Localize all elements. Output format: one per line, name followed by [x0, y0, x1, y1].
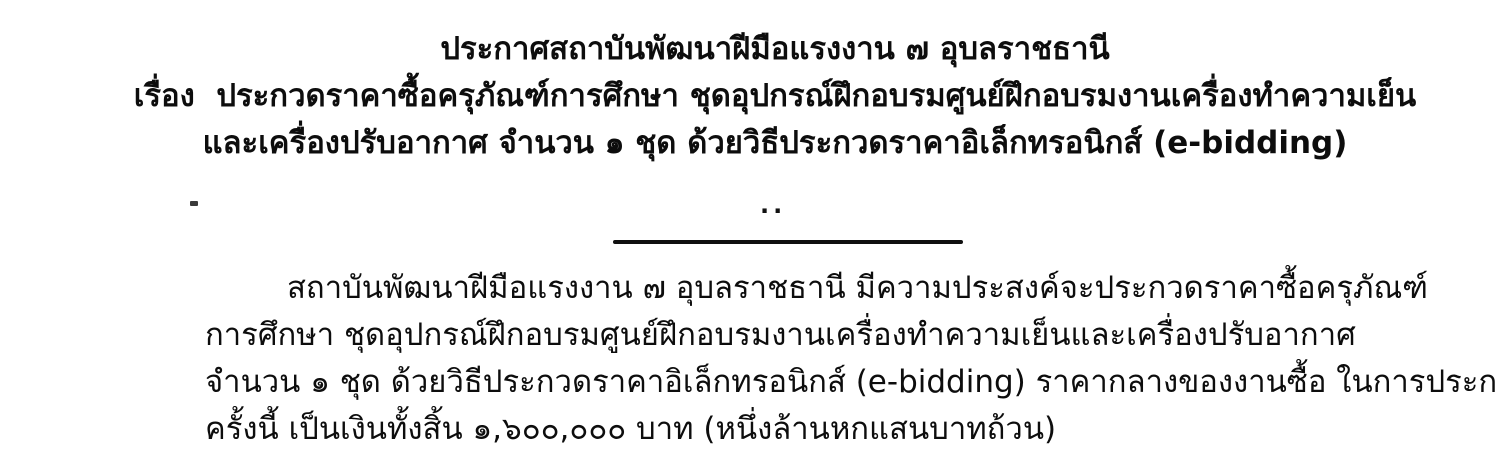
- announcement-document: ประกาศสถาบันพัฒนาฝีมือแรงงาน ๗ อุบลราชธา…: [0, 0, 1497, 452]
- body-line-3: จำนวน ๑ ชุด ด้วยวิธีประกวดราคาอิเล็กทรอน…: [205, 359, 1475, 406]
- document-header: ประกาศสถาบันพัฒนาฝีมือแรงงาน ๗ อุบลราชธา…: [55, 26, 1495, 167]
- separator-dots: ..: [760, 193, 820, 217]
- scan-artifact-dot: [190, 201, 198, 206]
- document-subject-line-2: และเครื่องปรับอากาศ จำนวน ๑ ชุด ด้วยวิธี…: [55, 120, 1495, 167]
- document-subject-line-1: เรื่อง ประกวดราคาซื้อครุภัณฑ์การศึกษา ชุ…: [55, 73, 1495, 120]
- body-line-4: ครั้งนี้ เป็นเงินทั้งสิ้น ๑,๖๐๐,๐๐๐ บาท …: [205, 406, 1475, 452]
- body-paragraph: สถาบันพัฒนาฝีมือแรงงาน ๗ อุบลราชธานี มีค…: [205, 265, 1475, 452]
- horizontal-divider-rule: [613, 240, 963, 244]
- document-title: ประกาศสถาบันพัฒนาฝีมือแรงงาน ๗ อุบลราชธา…: [55, 26, 1495, 73]
- body-line-2: การศึกษา ชุดอุปกรณ์ฝึกอบรมศูนย์ฝึกอบรมงา…: [205, 312, 1475, 359]
- body-line-1: สถาบันพัฒนาฝีมือแรงงาน ๗ อุบลราชธานี มีค…: [205, 265, 1475, 312]
